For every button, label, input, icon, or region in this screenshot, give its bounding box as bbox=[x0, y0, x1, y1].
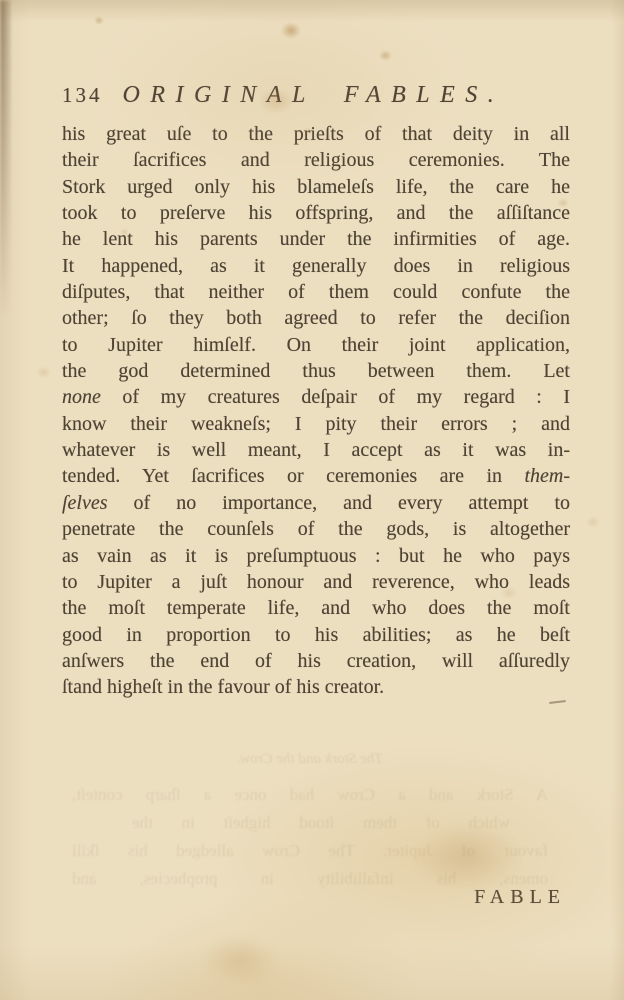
show-through-line: which of them ſtood higheſt in the bbox=[72, 809, 548, 837]
text-line: his great uſe to the prieſts of that dei… bbox=[62, 121, 570, 147]
show-through-heading: The Stork and the Crow. bbox=[72, 745, 548, 773]
body-text: his great uſe to the prieſts of that dei… bbox=[62, 121, 570, 701]
book-page: 134 ORIGINAL FABLES. his great uſe to th… bbox=[0, 0, 624, 1000]
text-line: other; ſo they both agreed to refer the … bbox=[62, 305, 570, 331]
text-line: Stork urged only his blameleſs life, the… bbox=[62, 174, 570, 200]
text-line: anſwers the end of his creation, will aſ… bbox=[62, 648, 570, 674]
text-line: took to preſerve his offspring, and the … bbox=[62, 200, 570, 226]
text-line: It happened, as it generally does in rel… bbox=[62, 253, 570, 279]
text-line: the god determined thus between them. Le… bbox=[62, 358, 570, 384]
page-number: 134 bbox=[62, 83, 103, 108]
foxing-spot bbox=[281, 22, 301, 39]
running-header: 134 ORIGINAL FABLES. bbox=[62, 82, 572, 109]
text-line: their ſacrifices and religious ceremonie… bbox=[62, 147, 570, 173]
catchword: FABLE bbox=[474, 886, 566, 909]
stray-ink-mark bbox=[549, 700, 566, 704]
page-gutter-shadow bbox=[0, 0, 13, 320]
text-line: ſelves of no importance, and every attem… bbox=[62, 490, 570, 516]
foxing-spot bbox=[94, 16, 104, 25]
text-line: penetrate the counſels of the gods, is a… bbox=[62, 516, 570, 542]
text-line: as vain as it is preſumptuous : but he w… bbox=[62, 543, 570, 569]
text-line: know their weakneſs; I pity their errors… bbox=[62, 411, 570, 437]
text-line: whatever is well meant, I accept as it w… bbox=[62, 437, 570, 463]
running-title: ORIGINAL FABLES. bbox=[123, 82, 505, 109]
foxing-spot bbox=[36, 366, 51, 379]
text-line: the moſt temperate life, and who does th… bbox=[62, 595, 570, 621]
foxing-spot bbox=[379, 50, 392, 61]
show-through-lines: A Stork and a Crow had once a ſharp cont… bbox=[72, 781, 548, 893]
foxing-spot bbox=[586, 516, 600, 528]
text-line: diſputes, that neither of them could con… bbox=[62, 279, 570, 305]
show-through-line: A Stork and a Crow had once a ſharp cont… bbox=[72, 781, 548, 809]
text-line: none of my creatures deſpair of my regar… bbox=[62, 384, 570, 410]
paper-stain bbox=[200, 935, 280, 985]
text-line: ſtand higheſt in the favour of his creat… bbox=[62, 674, 570, 700]
show-through-line: favour of Jupiter. The Crow alledged his… bbox=[72, 837, 548, 865]
text-line: to Jupiter himſelf. On their joint appli… bbox=[62, 332, 570, 358]
text-line: tended. Yet ſacrifices or ceremonies are… bbox=[62, 463, 570, 489]
text-line: to Jupiter a juſt honour and reverence, … bbox=[62, 569, 570, 595]
show-through-mirrored-text: The Stork and the Crow. A Stork and a Cr… bbox=[72, 745, 548, 893]
text-line: he lent his parents under the infirmitie… bbox=[62, 226, 570, 252]
text-line: good in proportion to his abilities; as … bbox=[62, 622, 570, 648]
